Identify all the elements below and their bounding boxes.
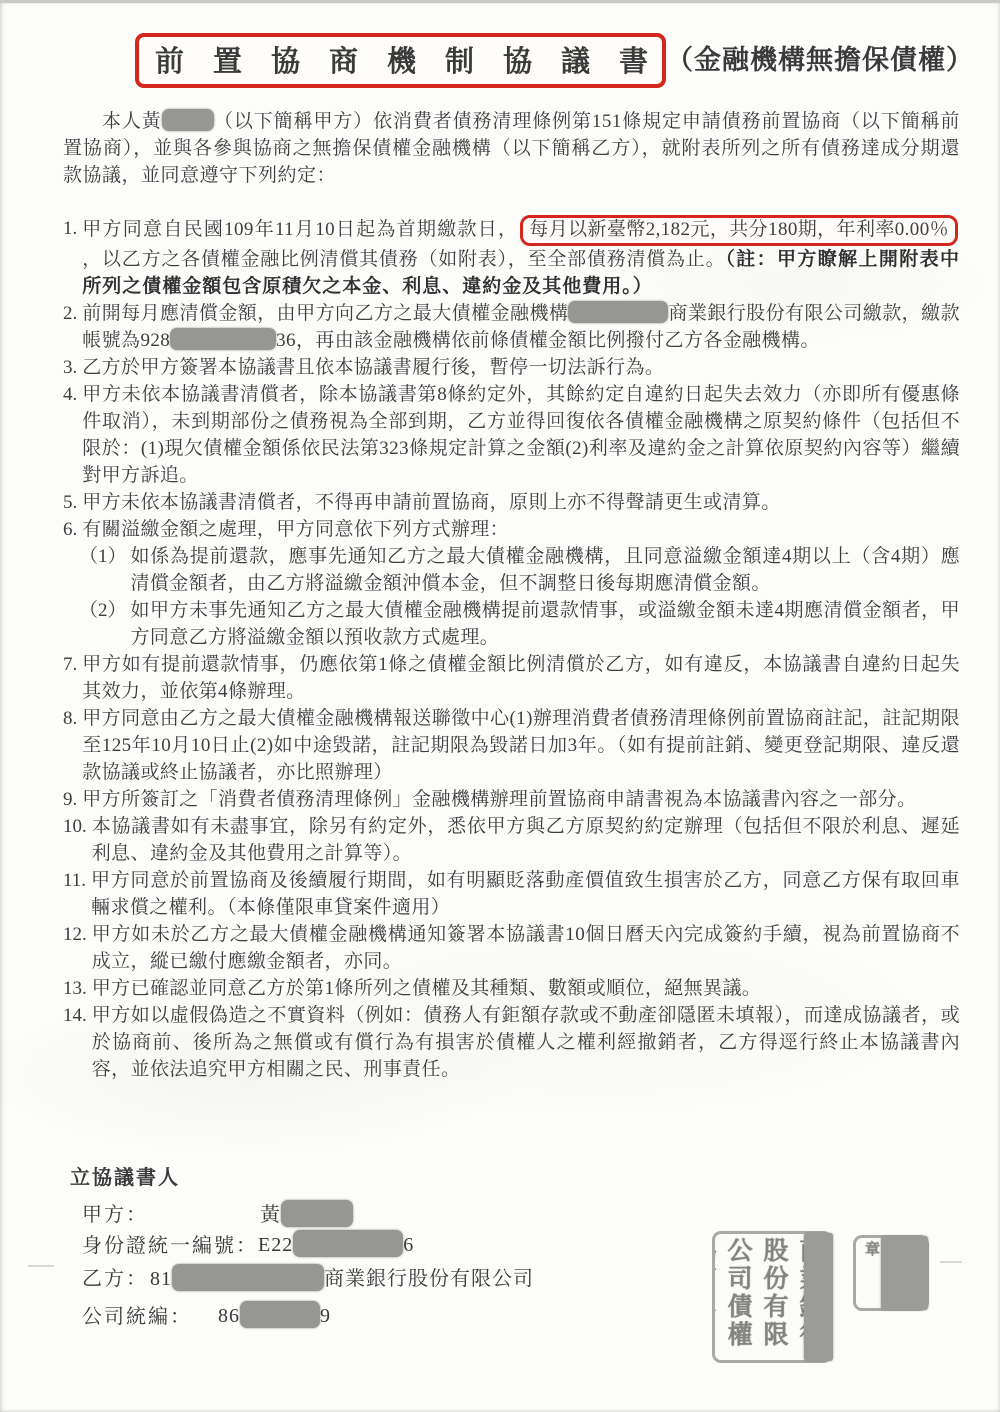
text-segment: 如係為提前還款，應事先通知乙方之最大債權金融機構，且同意溢繳金額達4期以上（含4… xyxy=(131,546,960,594)
text-segment: 甲方所簽訂之「消費者債務清理條例」金融機構辦理前置協商申請書視為本協議書內容之一… xyxy=(82,789,916,810)
text-segment: 有關溢繳金額之處理，甲方同意依下列方式辦理： xyxy=(82,519,509,540)
signature-value: 869 xyxy=(218,1301,331,1328)
redaction-box xyxy=(293,1230,403,1257)
text-segment: E22 xyxy=(258,1234,293,1256)
redaction-box xyxy=(281,1200,353,1227)
text-segment: 甲方同意自民國109年11月10日起為首期繳款日， xyxy=(82,219,518,240)
scanned-agreement-page: 前置協商機制協議書（金融機構無擔保債權） 本人黃（以下簡稱甲方）依消費者債務清理… xyxy=(0,0,1000,1412)
redaction-box xyxy=(170,328,276,350)
clause-number: 14. xyxy=(63,1002,92,1029)
clause-number: 3. xyxy=(63,354,82,381)
clause-item-2: 2.前開每月應清償金額，由甲方向乙方之最大債權金融機構商業銀行股份有限公司繳款，… xyxy=(63,300,960,354)
signature-row-id-number: 身份證統一編號：E226 xyxy=(82,1229,534,1258)
clause-item-11: 11.甲方同意於前置協商及後續履行期間，如有明顯貶落動產價值致生損害於乙方，同意… xyxy=(63,867,960,921)
document-header: 前置協商機制協議書（金融機構無擔保債權） xyxy=(0,3,1000,88)
clause-number: 8. xyxy=(63,705,82,732)
clause-text: 甲方如未於乙方之最大債權金融機構通知簽署本協議書10個日曆天內完成簽約手續，視為… xyxy=(92,921,960,975)
sub-clause-item: （1）如係為提前還款，應事先通知乙方之最大債權金融機構，且同意溢繳金額達4期以上… xyxy=(63,543,960,597)
text-segment: 甲方如有提前還款情事，仍應依第1條之債權金額比例清償於乙方，如有違反，本協議書自… xyxy=(82,654,960,702)
text-segment: 本人黃 xyxy=(102,111,162,132)
clause-number: 2. xyxy=(63,300,82,327)
redaction-box xyxy=(172,1264,324,1291)
clause-number: 10. xyxy=(63,813,92,840)
clause-item-14: 14.甲方如以虛假偽造之不實資料（例如：債務人有鉅額存款或不動產卻隱匿未填報），… xyxy=(63,1002,960,1083)
text-segment: 甲方如未於乙方之最大債權金融機構通知簽署本協議書10個日曆天內完成簽約手續，視為… xyxy=(92,924,960,972)
text-segment: 甲方已確認並同意乙方於第1條所列之債權及其種類、數額或順位，絕無異議。 xyxy=(92,978,762,999)
signature-row-party-b: 乙方：81商業銀行股份有限公司 xyxy=(82,1258,534,1294)
document-body: 本人黃（以下簡稱甲方）依消費者債務清理條例第151條規定申請債務前置協商（以下簡… xyxy=(0,88,1000,1083)
signature-block: 立協議書人 甲方：黃身份證統一編號：E226乙方：81商業銀行股份有限公司公司統… xyxy=(70,1161,534,1332)
clause-number: 6. xyxy=(63,516,82,543)
redaction-box-stamp-small xyxy=(881,1236,928,1310)
clause-item-10: 10.本協議書如有未盡事宜，除另有約定外，悉依甲方與乙方原契約約定辦理（包括但不… xyxy=(63,813,960,867)
redaction-box-stamp-large xyxy=(804,1233,833,1361)
clause-number: 9. xyxy=(63,786,82,813)
title-highlight-box: 前置協商機制協議書 xyxy=(135,33,666,88)
signature-label: 身份證統一編號： xyxy=(82,1229,258,1258)
clause-number: 1. xyxy=(63,215,82,242)
clause-item-3: 3.乙方於甲方簽署本協議書且依本協議書履行後，暫停一切法訴行為。 xyxy=(63,354,960,381)
signature-value: 黃 xyxy=(260,1198,353,1227)
text-segment: 81 xyxy=(150,1268,172,1290)
clause-number: 7. xyxy=(63,651,82,678)
scan-artifact xyxy=(940,1261,962,1263)
text-segment: 甲方同意於前置協商及後續履行期間，如有明顯貶落動產價值致生損害於乙方，同意乙方保… xyxy=(91,870,960,918)
signature-row-company-id: 公司統編：869 xyxy=(82,1296,534,1332)
clause-item-7: 7.甲方如有提前還款情事，仍應依第1條之債權金額比例清償於乙方，如有違反，本協議… xyxy=(63,651,960,705)
highlight-box: 每月以新臺幣2,182元，共分180期，年利率0.00％ xyxy=(520,215,958,246)
text-segment: 黃 xyxy=(260,1204,281,1226)
text-segment: 前開每月應清償金額，由甲方向乙方之最大債權金融機構 xyxy=(82,303,568,324)
clause-text: 甲方已確認並同意乙方於第1條所列之債權及其種類、數額或順位，絕無異議。 xyxy=(92,975,960,1002)
sub-clause-item: （2）如甲方未事先通知乙方之最大債權金融機構提前還款情事，或溢繳金額未達4期應清… xyxy=(63,597,960,651)
signature-label: 甲方： xyxy=(82,1198,148,1227)
scan-artifact xyxy=(28,1265,54,1267)
text-segment: ，以乙方之各債權金融比例清償其債務（如附表），至全部債務清償為止。 xyxy=(82,249,725,270)
sub-clause-number: （2） xyxy=(79,597,131,624)
clause-item-1: 1.甲方同意自民國109年11月10日起為首期繳款日，每月以新臺幣2,182元，… xyxy=(63,215,960,300)
signature-value: E226 xyxy=(258,1230,414,1257)
clause-text: 乙方於甲方簽署本協議書且依本協議書履行後，暫停一切法訴行為。 xyxy=(82,354,960,381)
signature-value: 81商業銀行股份有限公司 xyxy=(150,1262,534,1291)
document-title: 前置協商機制協議書 xyxy=(155,46,677,78)
clause-number: 11. xyxy=(63,867,91,894)
clause-list: 1.甲方同意自民國109年11月10日起為首期繳款日，每月以新臺幣2,182元，… xyxy=(63,215,960,1083)
signature-label: 乙方： xyxy=(82,1262,148,1291)
clause-text: 甲方同意自民國109年11月10日起為首期繳款日，每月以新臺幣2,182元，共分… xyxy=(82,215,960,300)
signature-row-party-a: 甲方：黃 xyxy=(82,1196,534,1229)
redaction-box xyxy=(240,1301,320,1328)
text-segment: 商業銀行股份有限公司 xyxy=(324,1268,534,1290)
clause-item-12: 12.甲方如未於乙方之最大債權金融機構通知簽署本協議書10個日曆天內完成簽約手續… xyxy=(63,921,960,975)
clause-text: 甲方同意於前置協商及後續履行期間，如有明顯貶落動產價值致生損害於乙方，同意乙方保… xyxy=(91,867,960,921)
signature-rows: 甲方：黃身份證統一編號：E226乙方：81商業銀行股份有限公司公司統編：869 xyxy=(70,1196,534,1332)
clause-text: 有關溢繳金額之處理，甲方同意依下列方式辦理： xyxy=(82,516,960,543)
text-segment: 6 xyxy=(403,1234,414,1256)
clause-item-5: 5.甲方未依本協議書清償者，不得再申請前置協商，原則上亦不得聲請更生或清算。 xyxy=(63,489,960,516)
text-segment: 如甲方未事先通知乙方之最大債權金融機構提前還款情事，或溢繳金額未達4期應清償金額… xyxy=(131,600,960,648)
clause-item-8: 8.甲方同意由乙方之最大債權金融機構報送聯徵中心(1)辦理消費者債務清理條例前置… xyxy=(63,705,960,786)
sub-clause-text: 如甲方未事先通知乙方之最大債權金融機構提前還款情事，或溢繳金額未達4期應清償金額… xyxy=(131,597,960,651)
clause-text: 前開每月應清償金額，由甲方向乙方之最大債權金融機構商業銀行股份有限公司繳款，繳款… xyxy=(82,300,960,354)
sub-clause-number: （1） xyxy=(79,543,131,570)
text-segment: 甲方同意由乙方之最大債權金融機構報送聯徵中心(1)辦理消費者債務清理條例前置協商… xyxy=(82,708,960,783)
signature-heading: 立協議書人 xyxy=(70,1161,534,1190)
clause-text: 甲方如以虛假偽造之不實資料（例如：債務人有鉅額存款或不動產卻隱匿未填報），而達成… xyxy=(92,1002,960,1083)
text-segment: 9 xyxy=(320,1305,331,1327)
text-segment: 甲方未依本協議書清償者，除本協議書第8條約定外，其餘約定自違約日起失去效力（亦即… xyxy=(82,384,960,486)
clause-text: 甲方未依本協議書清償者，除本協議書第8條約定外，其餘約定自違約日起失去效力（亦即… xyxy=(82,381,960,489)
clause-text: 本協議書如有未盡事宜，除另有約定外，悉依甲方與乙方原契約約定辦理（包括但不限於利… xyxy=(92,813,960,867)
clause-number: 4. xyxy=(63,381,82,408)
clause-text: 甲方所簽訂之「消費者債務清理條例」金融機構辦理前置協商申請書視為本協議書內容之一… xyxy=(82,786,960,813)
intro-paragraph: 本人黃（以下簡稱甲方）依消費者債務清理條例第151條規定申請債務前置協商（以下簡… xyxy=(63,108,960,189)
clause-text: 甲方同意由乙方之最大債權金融機構報送聯徵中心(1)辦理消費者債務清理條例前置協商… xyxy=(82,705,960,786)
redaction-box xyxy=(568,301,668,323)
text-segment: 乙方於甲方簽署本協議書且依本協議書履行後，暫停一切法訴行為。 xyxy=(82,357,664,378)
text-segment: 本協議書如有未盡事宜，除另有約定外，悉依甲方與乙方原契約約定辦理（包括但不限於利… xyxy=(92,816,960,864)
text-segment: 36，再由該金融機構依前條債權金額比例撥付乙方各金融機構。 xyxy=(276,330,820,351)
document-title-suffix: （金融機構無擔保債權） xyxy=(666,45,974,75)
sub-clause-text: 如係為提前還款，應事先通知乙方之最大債權金融機構，且同意溢繳金額達4期以上（含4… xyxy=(131,543,960,597)
redaction-box xyxy=(162,109,214,131)
clause-number: 5. xyxy=(63,489,82,516)
text-segment: 甲方未依本協議書清償者，不得再申請前置協商，原則上亦不得聲請更生或清算。 xyxy=(82,492,780,513)
text-segment: 86 xyxy=(218,1305,240,1327)
signature-label: 公司統編： xyxy=(82,1300,192,1329)
clause-item-4: 4.甲方未依本協議書清償者，除本協議書第8條約定外，其餘約定自違約日起失去效力（… xyxy=(63,381,960,489)
clause-item-9: 9.甲方所簽訂之「消費者債務清理條例」金融機構辦理前置協商申請書視為本協議書內容… xyxy=(63,786,960,813)
clause-text: 甲方未依本協議書清償者，不得再申請前置協商，原則上亦不得聲請更生或清算。 xyxy=(82,489,960,516)
text-segment: 甲方如以虛假偽造之不實資料（例如：債務人有鉅額存款或不動產卻隱匿未填報），而達成… xyxy=(92,1005,960,1080)
clause-item-6: 6.有關溢繳金額之處理，甲方同意依下列方式辦理： xyxy=(63,516,960,543)
clause-number: 12. xyxy=(63,921,92,948)
clause-number: 13. xyxy=(63,975,92,1002)
clause-item-13: 13.甲方已確認並同意乙方於第1條所列之債權及其種類、數額或順位，絕無異議。 xyxy=(63,975,960,1002)
clause-text: 甲方如有提前還款情事，仍應依第1條之債權金額比例清償於乙方，如有違反，本協議書自… xyxy=(82,651,960,705)
